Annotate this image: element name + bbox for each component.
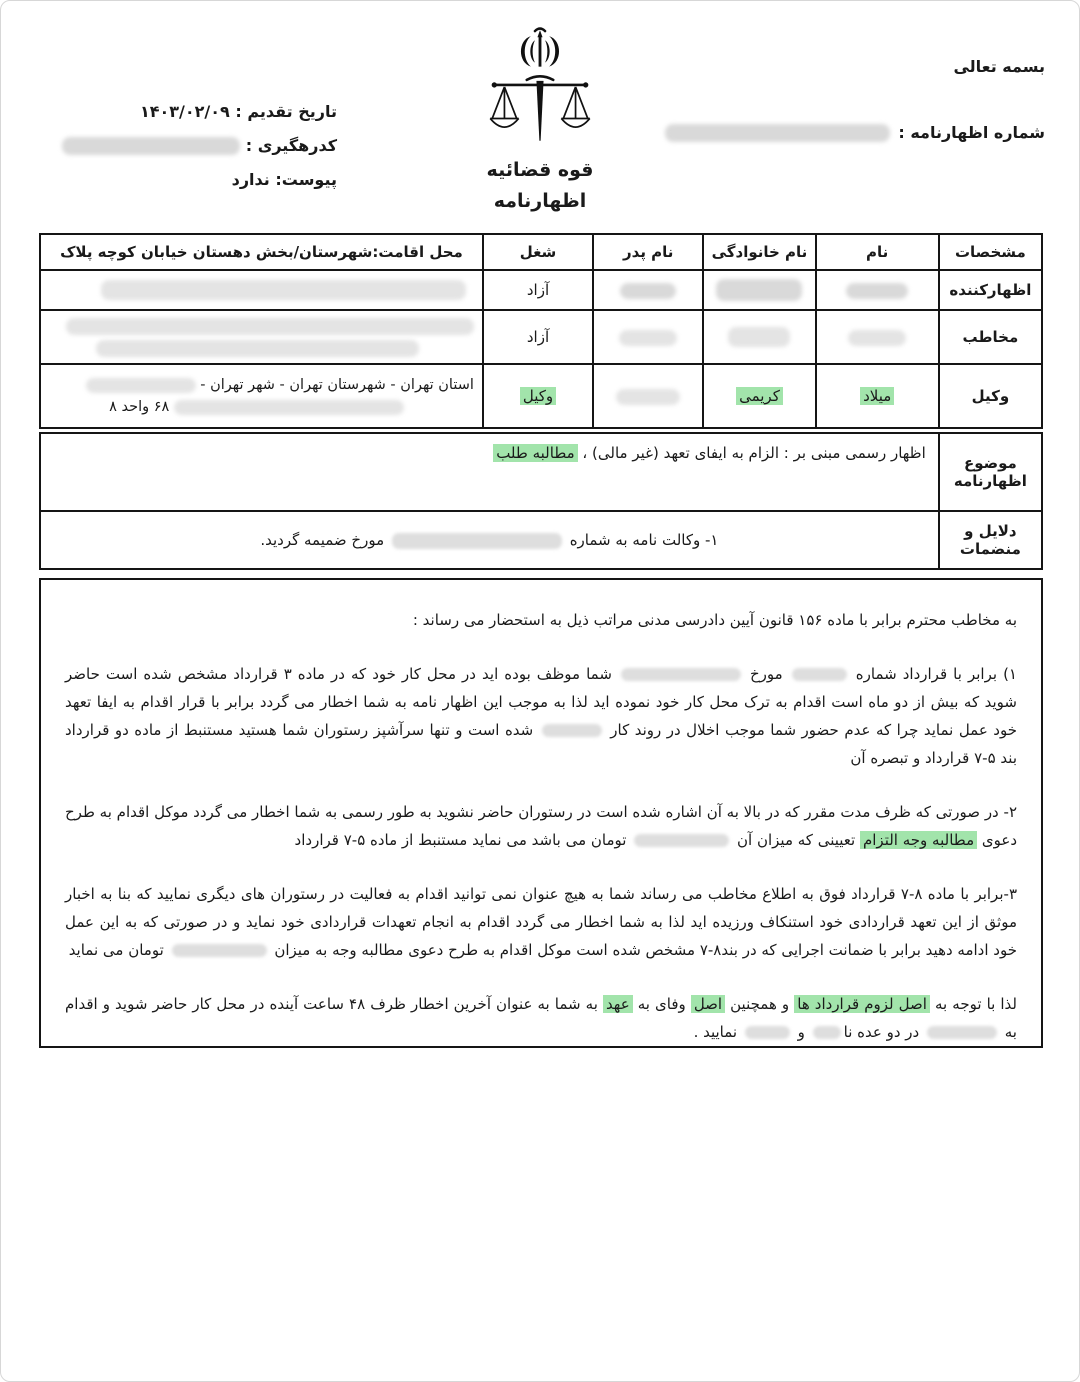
row-label-attorney: وکیل — [939, 364, 1042, 428]
table-row-declarant: اظهارکننده آزاد — [40, 270, 1042, 310]
redacted-text — [172, 944, 267, 957]
tracking-code-row: کدرهگیری : — [37, 129, 337, 163]
submission-date: تاریخ تقدیم : ۱۴۰۳/۰۲/۰۹ — [37, 95, 337, 129]
redacted-text — [927, 1026, 997, 1039]
body-text: لذا با توجه به — [930, 995, 1017, 1013]
body-paragraph: ۲- در صورتی که ظرف مدت مقرر که در بالا ب… — [65, 798, 1017, 854]
attorney-father-name — [593, 364, 703, 428]
body-text: به مخاطب محترم برابر با ماده ۱۵۶ قانون آ… — [413, 611, 1017, 629]
parties-header-row: مشخصات نام نام خانوادگی نام پدر شغل محل … — [40, 234, 1042, 270]
org-title: قوه قضائیه — [430, 159, 650, 181]
col-header-address: محل اقامت:شهرستان/بخش دهستان خیابان کوچه… — [40, 234, 483, 270]
table-row-attorney: وکیل میلاد کریمی وکیل استان تهران - شهرس… — [40, 364, 1042, 428]
body-text: نمایید . — [694, 1023, 742, 1041]
recipient-first-name — [816, 310, 939, 364]
body-paragraph: لذا با توجه به اصل لزوم قرارداد ها و همچ… — [65, 990, 1017, 1046]
declarant-job: آزاد — [483, 270, 593, 310]
attachment-status: پیوست: ندارد — [37, 163, 337, 197]
notice-body-box: به مخاطب محترم برابر با ماده ۱۵۶ قانون آ… — [39, 578, 1043, 1048]
body-text: در دو عده نا — [844, 1023, 924, 1041]
col-header-job: شغل — [483, 234, 593, 270]
body-paragraph: ۱) برابر با قرارداد شماره مورخ شما موظف … — [65, 660, 1017, 772]
highlighted-text: میلاد — [860, 387, 894, 405]
tracking-code-redacted — [62, 137, 240, 155]
table-row-subject: موضوع اظهارنامه اظهار رسمی مبنی بر : الز… — [40, 433, 1042, 511]
subject-evidence-table: موضوع اظهارنامه اظهار رسمی مبنی بر : الز… — [39, 432, 1043, 570]
highlighted-text: وکیل — [520, 387, 556, 405]
redacted-text — [792, 668, 847, 681]
declarant-father-name — [593, 270, 703, 310]
subject-text: اظهار رسمی مبنی بر : الزام به ایفای تعهد… — [578, 444, 926, 462]
highlighted-text: مطالبه وجه التزام — [860, 831, 977, 849]
body-text: و — [793, 1023, 810, 1041]
redacted-text — [542, 724, 602, 737]
col-header-first-name: نام — [816, 234, 939, 270]
document-page: تاریخ تقدیم : ۱۴۰۳/۰۲/۰۹ کدرهگیری : پیوس… — [0, 0, 1080, 1382]
row-label-recipient: مخاطب — [939, 310, 1042, 364]
redacted-text — [634, 834, 729, 847]
declarant-first-name — [816, 270, 939, 310]
attorney-last-name: کریمی — [703, 364, 815, 428]
subject-text-cell: اظهار رسمی مبنی بر : الزام به ایفای تعهد… — [40, 433, 939, 511]
doc-type-title: اظهارنامه — [430, 190, 650, 212]
tracking-code-label: کدرهگیری : — [246, 129, 337, 163]
parties-table: مشخصات نام نام خانوادگی نام پدر شغل محل … — [39, 233, 1043, 429]
col-header-father-name: نام پدر — [593, 234, 703, 270]
body-paragraph: به مخاطب محترم برابر با ماده ۱۵۶ قانون آ… — [65, 606, 1017, 634]
declarant-address — [40, 270, 483, 310]
notice-number-redacted — [665, 124, 890, 142]
body-text: ۱) برابر با قرارداد شماره — [850, 665, 1017, 683]
declarant-last-name — [703, 270, 815, 310]
table-row-recipient: مخاطب آزاد — [40, 310, 1042, 364]
highlighted-text: اصل — [691, 995, 725, 1013]
document-main: مشخصات نام نام خانوادگی نام پدر شغل محل … — [39, 233, 1043, 1048]
attorney-address: استان تهران - شهرستان تهران - شهر تهران … — [40, 364, 483, 428]
row-label-subject: موضوع اظهارنامه — [939, 433, 1042, 511]
body-paragraphs: به مخاطب محترم برابر با ماده ۱۵۶ قانون آ… — [65, 606, 1017, 1046]
redacted-text — [621, 668, 741, 681]
notice-number-row: شماره اظهارنامه : — [665, 123, 1045, 142]
attorney-job: وکیل — [483, 364, 593, 428]
redacted-text — [392, 533, 562, 549]
body-text: مورخ — [744, 665, 789, 683]
row-label-evidence: دلایل و منضمات — [939, 511, 1042, 569]
bismillah: بسمه تعالی — [953, 57, 1045, 76]
col-header-last-name: نام خانوادگی — [703, 234, 815, 270]
table-row-evidence: دلایل و منضمات ۱- وکالت نامه به شماره مو… — [40, 511, 1042, 569]
row-label-declarant: اظهارکننده — [939, 270, 1042, 310]
evidence-text-before: ۱- وکالت نامه به شماره — [570, 531, 719, 549]
redacted-text — [813, 1026, 841, 1039]
judiciary-scales-emblem-icon — [484, 25, 596, 153]
body-text: تومان می باشد می نماید مستنبط از ماده ۵-… — [295, 831, 632, 849]
highlighted-text: عهد — [603, 995, 633, 1013]
judiciary-header: قوه قضائیه اظهارنامه — [430, 25, 650, 212]
recipient-last-name — [703, 310, 815, 364]
recipient-job: آزاد — [483, 310, 593, 364]
body-text: تعیینی که میزان آن — [732, 831, 860, 849]
body-text: تومان می نماید — [69, 941, 169, 959]
highlighted-text: مطالبه طلب — [493, 444, 577, 462]
recipient-address — [40, 310, 483, 364]
body-text: وفای به — [633, 995, 691, 1013]
body-paragraph: ۳-برابر با ماده ۸-۷ قرارداد فوق به اطلاع… — [65, 880, 1017, 964]
redacted-text — [745, 1026, 790, 1039]
recipient-father-name — [593, 310, 703, 364]
body-text: و همچنین — [725, 995, 794, 1013]
evidence-text-after: مورخ ضمیمه گردید. — [260, 531, 384, 549]
evidence-text-cell: ۱- وکالت نامه به شماره مورخ ضمیمه گردید. — [40, 511, 939, 569]
highlighted-text: کریمی — [736, 387, 783, 405]
highlighted-text: اصل لزوم قرارداد ها — [794, 995, 930, 1013]
submission-meta: تاریخ تقدیم : ۱۴۰۳/۰۲/۰۹ کدرهگیری : پیوس… — [37, 95, 337, 197]
attorney-first-name: میلاد — [816, 364, 939, 428]
col-header-specs: مشخصات — [939, 234, 1042, 270]
notice-number-label: شماره اظهارنامه : — [898, 123, 1045, 142]
